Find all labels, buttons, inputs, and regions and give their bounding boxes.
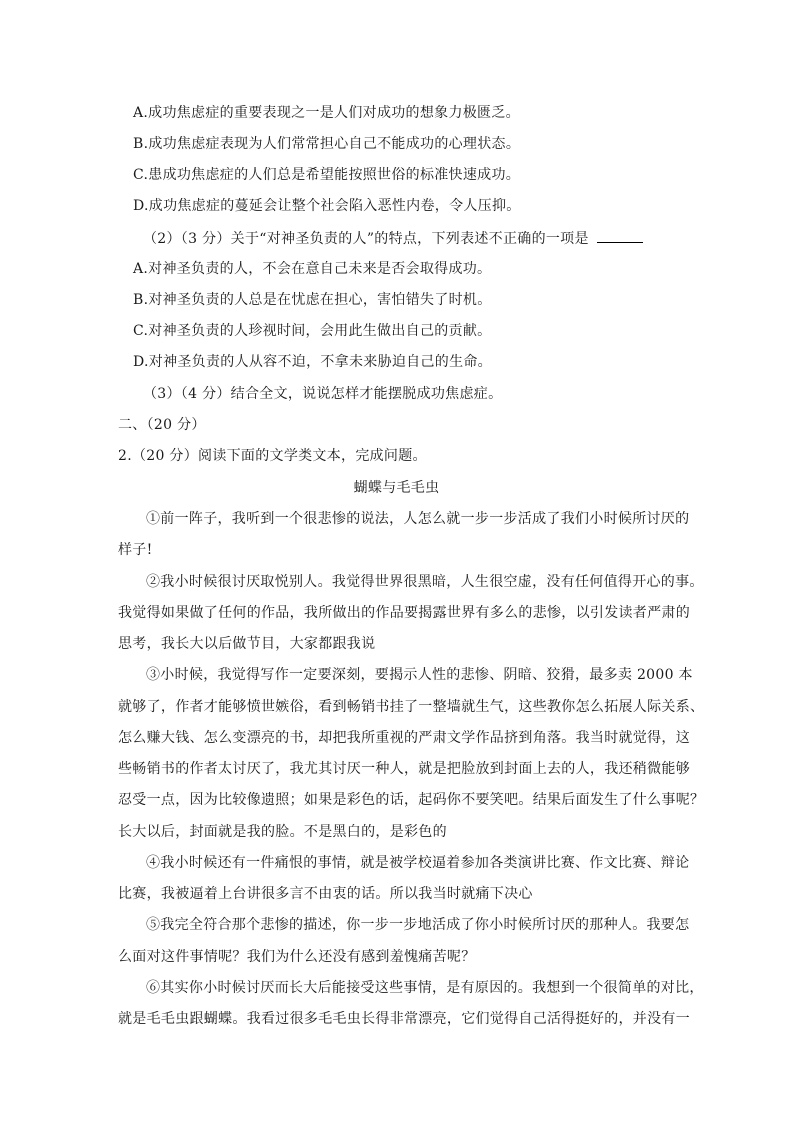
- q3-prompt: （3）（4 分）结合全文，说说怎样才能摆脱成功焦虑症。: [143, 384, 502, 404]
- answer-blank[interactable]: [597, 228, 643, 243]
- article-line: 思考，我长大以后做节目，大家都跟我说: [118, 634, 678, 654]
- article-line: 样子!: [118, 540, 678, 560]
- article-line: ①前一阵子，我听到一个很悲惨的说法，人怎么就一步一步活成了我们小时候所讨厌的: [146, 509, 689, 529]
- q2-prompt-text: （2）（3 分）关于“对神圣负责的人”的特点，下列表述不正确的一项是: [143, 231, 589, 247]
- q2-option-c: C.对神圣负责的人珍视时间，会用此生做出自己的贡献。: [133, 321, 491, 341]
- article-line: ⑥其实你小时候讨厌而长大后能接受这些事情，是有原因的。我想到一个很简单的对比，: [146, 978, 704, 998]
- article-line: 怎么赚大钱、怎么变漂亮的书，却把我所重视的严肃文学作品挤到角落。我当时就觉得，这: [118, 728, 678, 748]
- article-line: 些畅销书的作者太讨厌了，我尤其讨厌一种人，就是把脸放到封面上去的人，我还稍微能够: [118, 759, 678, 779]
- q2-prompt: （2）（3 分）关于“对神圣负责的人”的特点，下列表述不正确的一项是: [143, 228, 643, 249]
- article-line: 么面对这件事情呢？我们为什么还没有感到羞愧痛苦呢？: [118, 947, 678, 967]
- article-line: ②我小时候很讨厌取悦别人。我觉得世界很黑暗，人生很空虚，没有任何值得开心的事。: [146, 572, 704, 592]
- article-line: 比赛，我被逼着上台讲很多言不由衷的话。所以我当时就痛下决心: [118, 884, 678, 904]
- document-page: A.成功焦虑症的重要表现之一是人们对成功的想象力极匮乏。 B.成功焦虑症表现为人…: [0, 0, 793, 1122]
- q1-option-a: A.成功焦虑症的重要表现之一是人们对成功的想象力极匮乏。: [133, 103, 520, 123]
- q2-option-b: B.对神圣负责的人总是在忧虑在担心，害怕错失了时机。: [133, 290, 492, 310]
- article-line: ④我小时候还有一件痛恨的事情，就是被学校逼着参加各类演讲比赛、作文比赛、辩论: [146, 853, 689, 873]
- article-line: 长大以后，封面就是我的脸。不是黑白的，是彩色的: [118, 822, 678, 842]
- article-line: ③小时候，我觉得写作一定要深刻，要揭示人性的悲惨、阴暗、狡猾，最多卖 2000 …: [146, 665, 693, 685]
- q2-option-a: A.对神圣负责的人，不会在意自己未来是否会取得成功。: [133, 259, 491, 279]
- article-line: 我觉得如果做了任何的作品，我所做出的作品要揭露世界有多么的悲惨，以引发读者严肃的: [118, 603, 678, 623]
- article-title: 蝴蝶与毛毛虫: [0, 478, 793, 498]
- article-line: ⑤我完全符合那个悲惨的描述，你一步一步地活成了你小时候所讨厌的那种人。我要怎: [146, 915, 689, 935]
- article-line: 忍受一点，因为比较像遗照；如果是彩色的话，起码你不要笑吧。结果后面发生了什么事呢…: [118, 790, 678, 810]
- article-line: 就是毛毛虫跟蝴蝶。我看过很多毛毛虫长得非常漂亮，它们觉得自己活得挺好的，并没有一: [118, 1009, 678, 1029]
- article-line: 就够了，作者才能够愤世嫉俗，看到畅销书挂了一整墙就生气，这些教你怎么拓展人际关系…: [118, 697, 678, 717]
- section-question: 2.（20 分）阅读下面的文学类文本，完成问题。: [118, 446, 427, 466]
- q1-option-b: B.成功焦虑症表现为人们常常担心自己不能成功的心理状态。: [133, 134, 520, 154]
- section-heading: 二、（20 分）: [118, 415, 206, 435]
- q2-option-d: D.对神圣负责的人从容不迫，不拿未来胁迫自己的生命。: [133, 352, 492, 372]
- q1-option-c: C.患成功焦虑症的人们总是希望能按照世俗的标准快速成功。: [133, 165, 520, 185]
- q1-option-d: D.成功焦虑症的蔓延会让整个社会陷入恶性内卷，令人压抑。: [133, 196, 521, 216]
